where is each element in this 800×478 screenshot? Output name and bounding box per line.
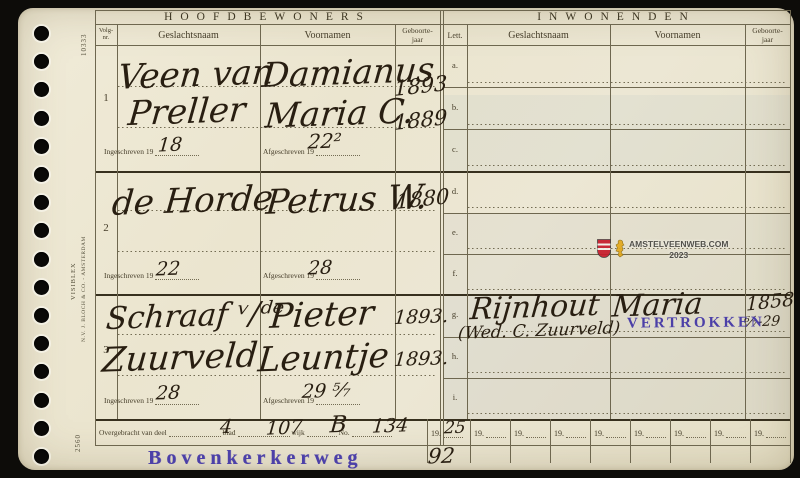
handwritten-birthyear: 1858 [746, 290, 794, 314]
ingeschreven-label: Ingeschreven 19 [104, 147, 199, 157]
handwritten-surname: Schraaf ᵛ/ᵈᵉ [105, 298, 286, 335]
handwritten-firstnames: Pieter [269, 296, 376, 334]
grid-line [470, 419, 471, 463]
punch-hole [34, 167, 49, 182]
ingeschreven-label: Ingeschreven 19 [104, 271, 199, 281]
handwritten-surname: Zuurveld [101, 338, 260, 378]
col-header-voornamen-left: Voornamen [260, 30, 395, 41]
grid-line [468, 207, 786, 208]
grid-line [468, 124, 786, 125]
punch-hole [34, 393, 49, 408]
punch-hole [34, 308, 49, 323]
col-header-geslachtsnaam-left: Geslachtsnaam [117, 30, 260, 41]
grid-line [550, 419, 551, 463]
handwritten-surname: Preller [127, 93, 247, 131]
handwritten-surname: de Horde [111, 181, 275, 221]
handwritten-afgeschreven: 22² [307, 130, 342, 151]
handwritten-birthyear: 1893. [393, 307, 449, 328]
handwritten-deel: 4 [219, 418, 233, 437]
watermark: AMSTELVEENWEB.COM2023 [597, 239, 728, 260]
vertrokken-stamp: VERTROKKEN [627, 314, 765, 332]
handwritten-firstnames: Leuntje [257, 339, 391, 378]
handwritten-birthyear: 1889 [394, 107, 448, 134]
handwritten-year-25: 25 [443, 420, 466, 438]
handwritten-blad: 107 [265, 418, 303, 438]
handwritten-afgeschreven: 28 [307, 259, 333, 279]
grid-line [468, 413, 786, 414]
watermark-text: AMSTELVEENWEB.COM2023 [629, 239, 728, 260]
handwritten-surname: Veen van [117, 55, 276, 95]
grid-line [745, 24, 746, 419]
grid-line [443, 87, 790, 88]
amstelveen-crest-icon [597, 239, 611, 258]
grid-line [510, 419, 511, 463]
grid-line [630, 419, 631, 463]
year-cell-label: 19. [554, 429, 586, 438]
section-title-inwonenden: INWONENDEN [443, 11, 790, 23]
punch-hole [34, 252, 49, 267]
grid-line [670, 419, 671, 463]
punch-hole [34, 111, 49, 126]
manufacturer-imprint: N.V. J. BLOCH & CO. - AMSTERDAM [81, 222, 87, 342]
punch-hole [34, 449, 49, 464]
col-header-volgnr: Volg-nr. [95, 27, 117, 42]
lion-icon [614, 239, 626, 258]
grid-line [468, 372, 786, 373]
punch-hole [34, 421, 49, 436]
row-letter: f. [443, 268, 467, 278]
scanned-register-card: 10333 VISIBLEX N.V. J. BLOCH & CO. - AMS… [0, 0, 800, 478]
ingeschreven-label: Ingeschreven 19 [104, 396, 199, 406]
print-code-bottom: 2560 [74, 414, 82, 452]
handwritten-house-number: 92 [427, 445, 456, 467]
grid-line [750, 419, 751, 463]
handwritten-ingeschreven: 18 [157, 136, 183, 156]
brand-visiblex: VISIBLEX [70, 230, 77, 300]
year-cell-label: 19. [674, 429, 706, 438]
punch-hole [34, 280, 49, 295]
row-letter: a. [443, 60, 467, 70]
street-stamp: Bovenkerkerweg [148, 447, 362, 470]
handwritten-afgeschreven: 29 ⁵⁄₇ [301, 381, 351, 402]
grid-line [118, 251, 436, 252]
grid-line [610, 24, 611, 419]
col-header-geboortejaar-left: Geboorte-jaar [395, 27, 440, 44]
year-cell-label: 19. [594, 429, 626, 438]
section-title-hoofdbewoners: HOOFDBEWONERS [95, 11, 440, 23]
row-letter: e. [443, 227, 467, 237]
grid-line [590, 419, 591, 463]
punch-hole [34, 139, 49, 154]
year-cell-label: 19. [474, 429, 506, 438]
handwritten-wijk: B [329, 414, 348, 438]
row-letter: c. [443, 144, 467, 154]
grid-line [710, 419, 711, 463]
col-header-geboortejaar-right: Geboorte-jaar [745, 27, 790, 44]
year-cell-label: 19. [514, 429, 546, 438]
grid-line [443, 378, 790, 379]
row-letter: i. [443, 392, 467, 402]
year-cell-label: 19. [754, 429, 786, 438]
grid-line [443, 129, 790, 130]
grid-line [443, 213, 790, 214]
handwritten-birthyear: 1880 [396, 186, 450, 213]
grid-line [790, 10, 791, 463]
col-header-lett: Lett. [443, 31, 467, 40]
handwritten-birthyear: 1893. [393, 349, 449, 370]
year-cell-label: 19. [634, 429, 666, 438]
grid-line [468, 165, 786, 166]
handwritten-ingeschreven: 22 [155, 260, 181, 280]
print-code-top: 10333 [80, 16, 88, 56]
grid-line [468, 82, 786, 83]
handwritten-ingeschreven: 28 [155, 384, 181, 404]
year-cell-label: 19. [714, 429, 746, 438]
entry-number: 1 [95, 92, 117, 104]
punch-hole [34, 26, 49, 41]
grid-line [467, 24, 468, 419]
overgebracht-row: Overgebracht van deel blad wijk No. [99, 428, 392, 438]
handwritten-no: 134 [371, 416, 409, 436]
entry-number: 2 [95, 222, 117, 234]
col-header-geslachtsnaam-right: Geslachtsnaam [467, 30, 610, 41]
col-header-voornamen-right: Voornamen [610, 30, 745, 41]
